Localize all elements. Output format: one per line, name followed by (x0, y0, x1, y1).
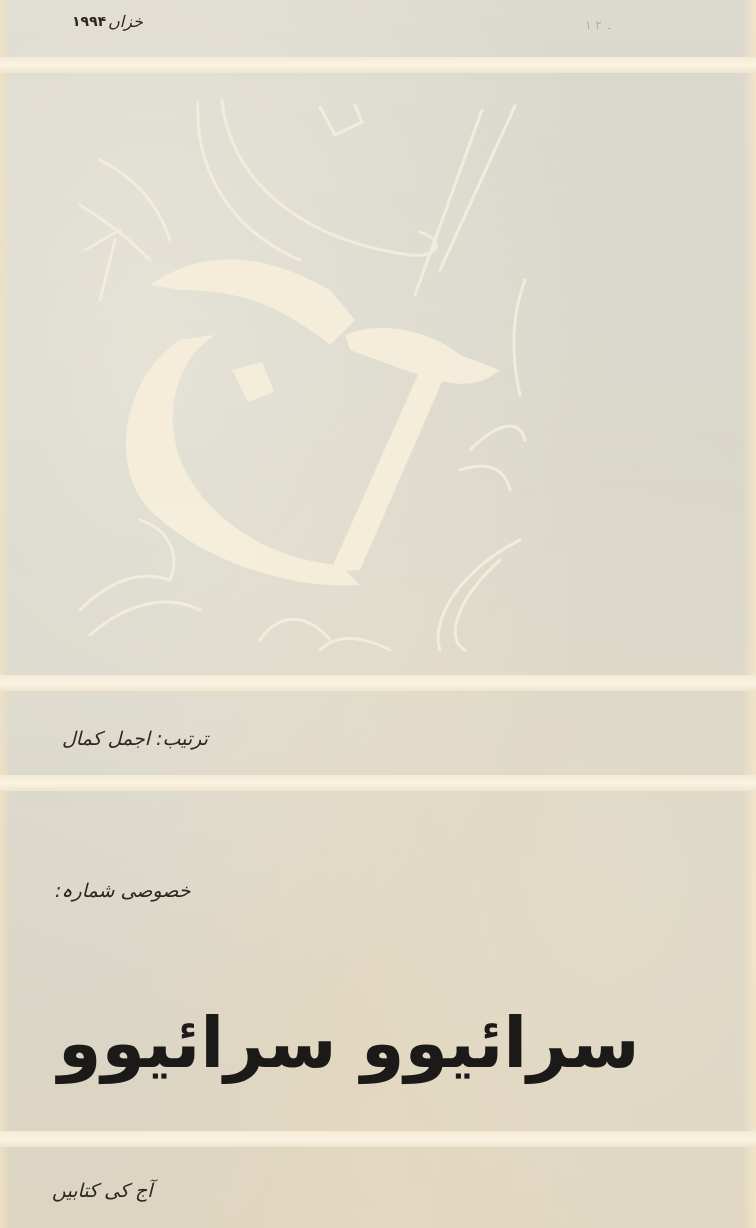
aaj-logo-icon (0, 80, 756, 680)
faded-issue-number: ۱ ۔ ۲ (585, 18, 613, 32)
year-label: ۱۹۹۴ (72, 14, 106, 30)
divider-stripe (0, 775, 756, 791)
season-label: خزاں (108, 12, 143, 31)
divider-stripe (0, 675, 756, 691)
cover-title: سرائیوو سرائیوو (58, 998, 640, 1088)
divider-stripe (0, 57, 756, 73)
publisher-label: آج کی کتابیں (52, 1180, 153, 1202)
magazine-cover: ۱ ۔ ۲ خزاں ۱۹۹۴ (0, 0, 756, 1228)
special-issue-label: خصوصی شمارہ: (55, 880, 190, 902)
divider-stripe (0, 1131, 756, 1147)
editor-credit: ترتیب: اجمل کمال (62, 728, 208, 750)
